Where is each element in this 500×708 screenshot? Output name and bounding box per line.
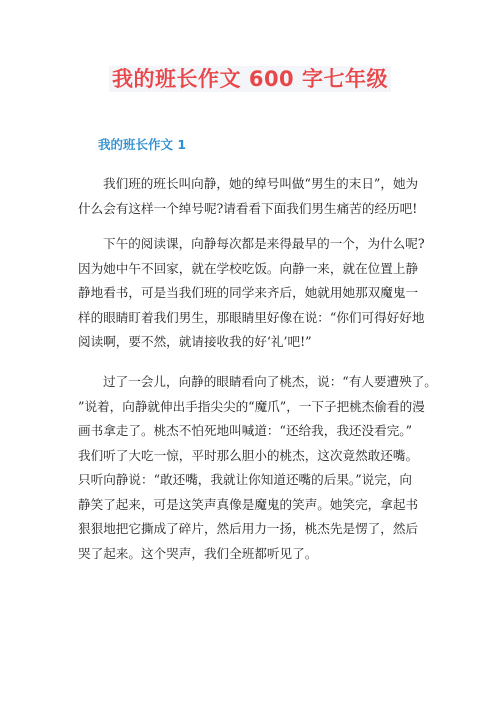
paragraph-line: 因为她中午不回家，就在学校吃饭。向静一来，就在位置上静 [78,257,440,282]
paragraph-line: 只听向静说：“敢还嘴，我就让你知道还嘴的后果。”说完，向 [78,468,440,493]
paragraph-line: 画书拿走了。桃杰不怕死地叫喊道：“还给我，我还没看完。” [78,419,440,444]
paragraph-line: 阅读啊，要不然，就请接收我的好‘礼’吧!” [78,330,440,355]
paragraph-1: 我们班的班长叫向静，她的绰号叫做“男生的末日”，她为 什么会有这样一个绰号呢?请… [78,172,440,221]
document-title-text: 我的班长作文 600 字七年级 [109,66,391,92]
paragraph-line: ”说着，向静就伸出手指尖尖的“魔爪”，一下子把桃杰偷看的漫 [78,395,440,420]
paragraph-line: 我们听了大吃一惊，平时那么胆小的桃杰，这次竟然敢还嘴。 [78,444,440,469]
paragraph-line: 我们班的班长叫向静，她的绰号叫做“男生的末日”，她为 [78,172,440,197]
paragraph-line: 样的眼睛盯着我们男生，那眼睛里好像在说：“你们可得好好地 [78,306,440,331]
paragraph-line: 静笑了起来，可是这笑声真像是魔鬼的笑声。她笑完，拿起书 [78,493,440,518]
paragraph-3: 过了一会儿，向静的眼睛看向了桃杰，说：“有人要遭殃了。 ”说着，向静就伸出手指尖… [78,370,440,566]
paragraph-line: 哭了起来。这个哭声，我们全班都听见了。 [78,542,440,567]
paragraph-line: 什么会有这样一个绰号呢?请看看下面我们男生痛苦的经历吧! [78,197,440,222]
paragraph-line: 过了一会儿，向静的眼睛看向了桃杰，说：“有人要遭殃了。 [78,370,440,395]
document-page: 我的班长作文 600 字七年级 我的班长作文 1 我们班的班长叫向静，她的绰号叫… [0,0,500,708]
document-title: 我的班长作文 600 字七年级 [0,64,500,94]
paragraph-line: 狠狠地把它撕成了碎片，然后用力一扬，桃杰先是愣了，然后 [78,517,440,542]
section-heading: 我的班长作文 1 [98,136,186,154]
paragraph-2: 下午的阅读课，向静每次都是来得最早的一个，为什么呢? 因为她中午不回家，就在学校… [78,232,440,355]
paragraph-line: 下午的阅读课，向静每次都是来得最早的一个，为什么呢? [78,232,440,257]
paragraph-line: 静地看书，可是当我们班的同学来齐后，她就用她那双魔鬼一 [78,281,440,306]
